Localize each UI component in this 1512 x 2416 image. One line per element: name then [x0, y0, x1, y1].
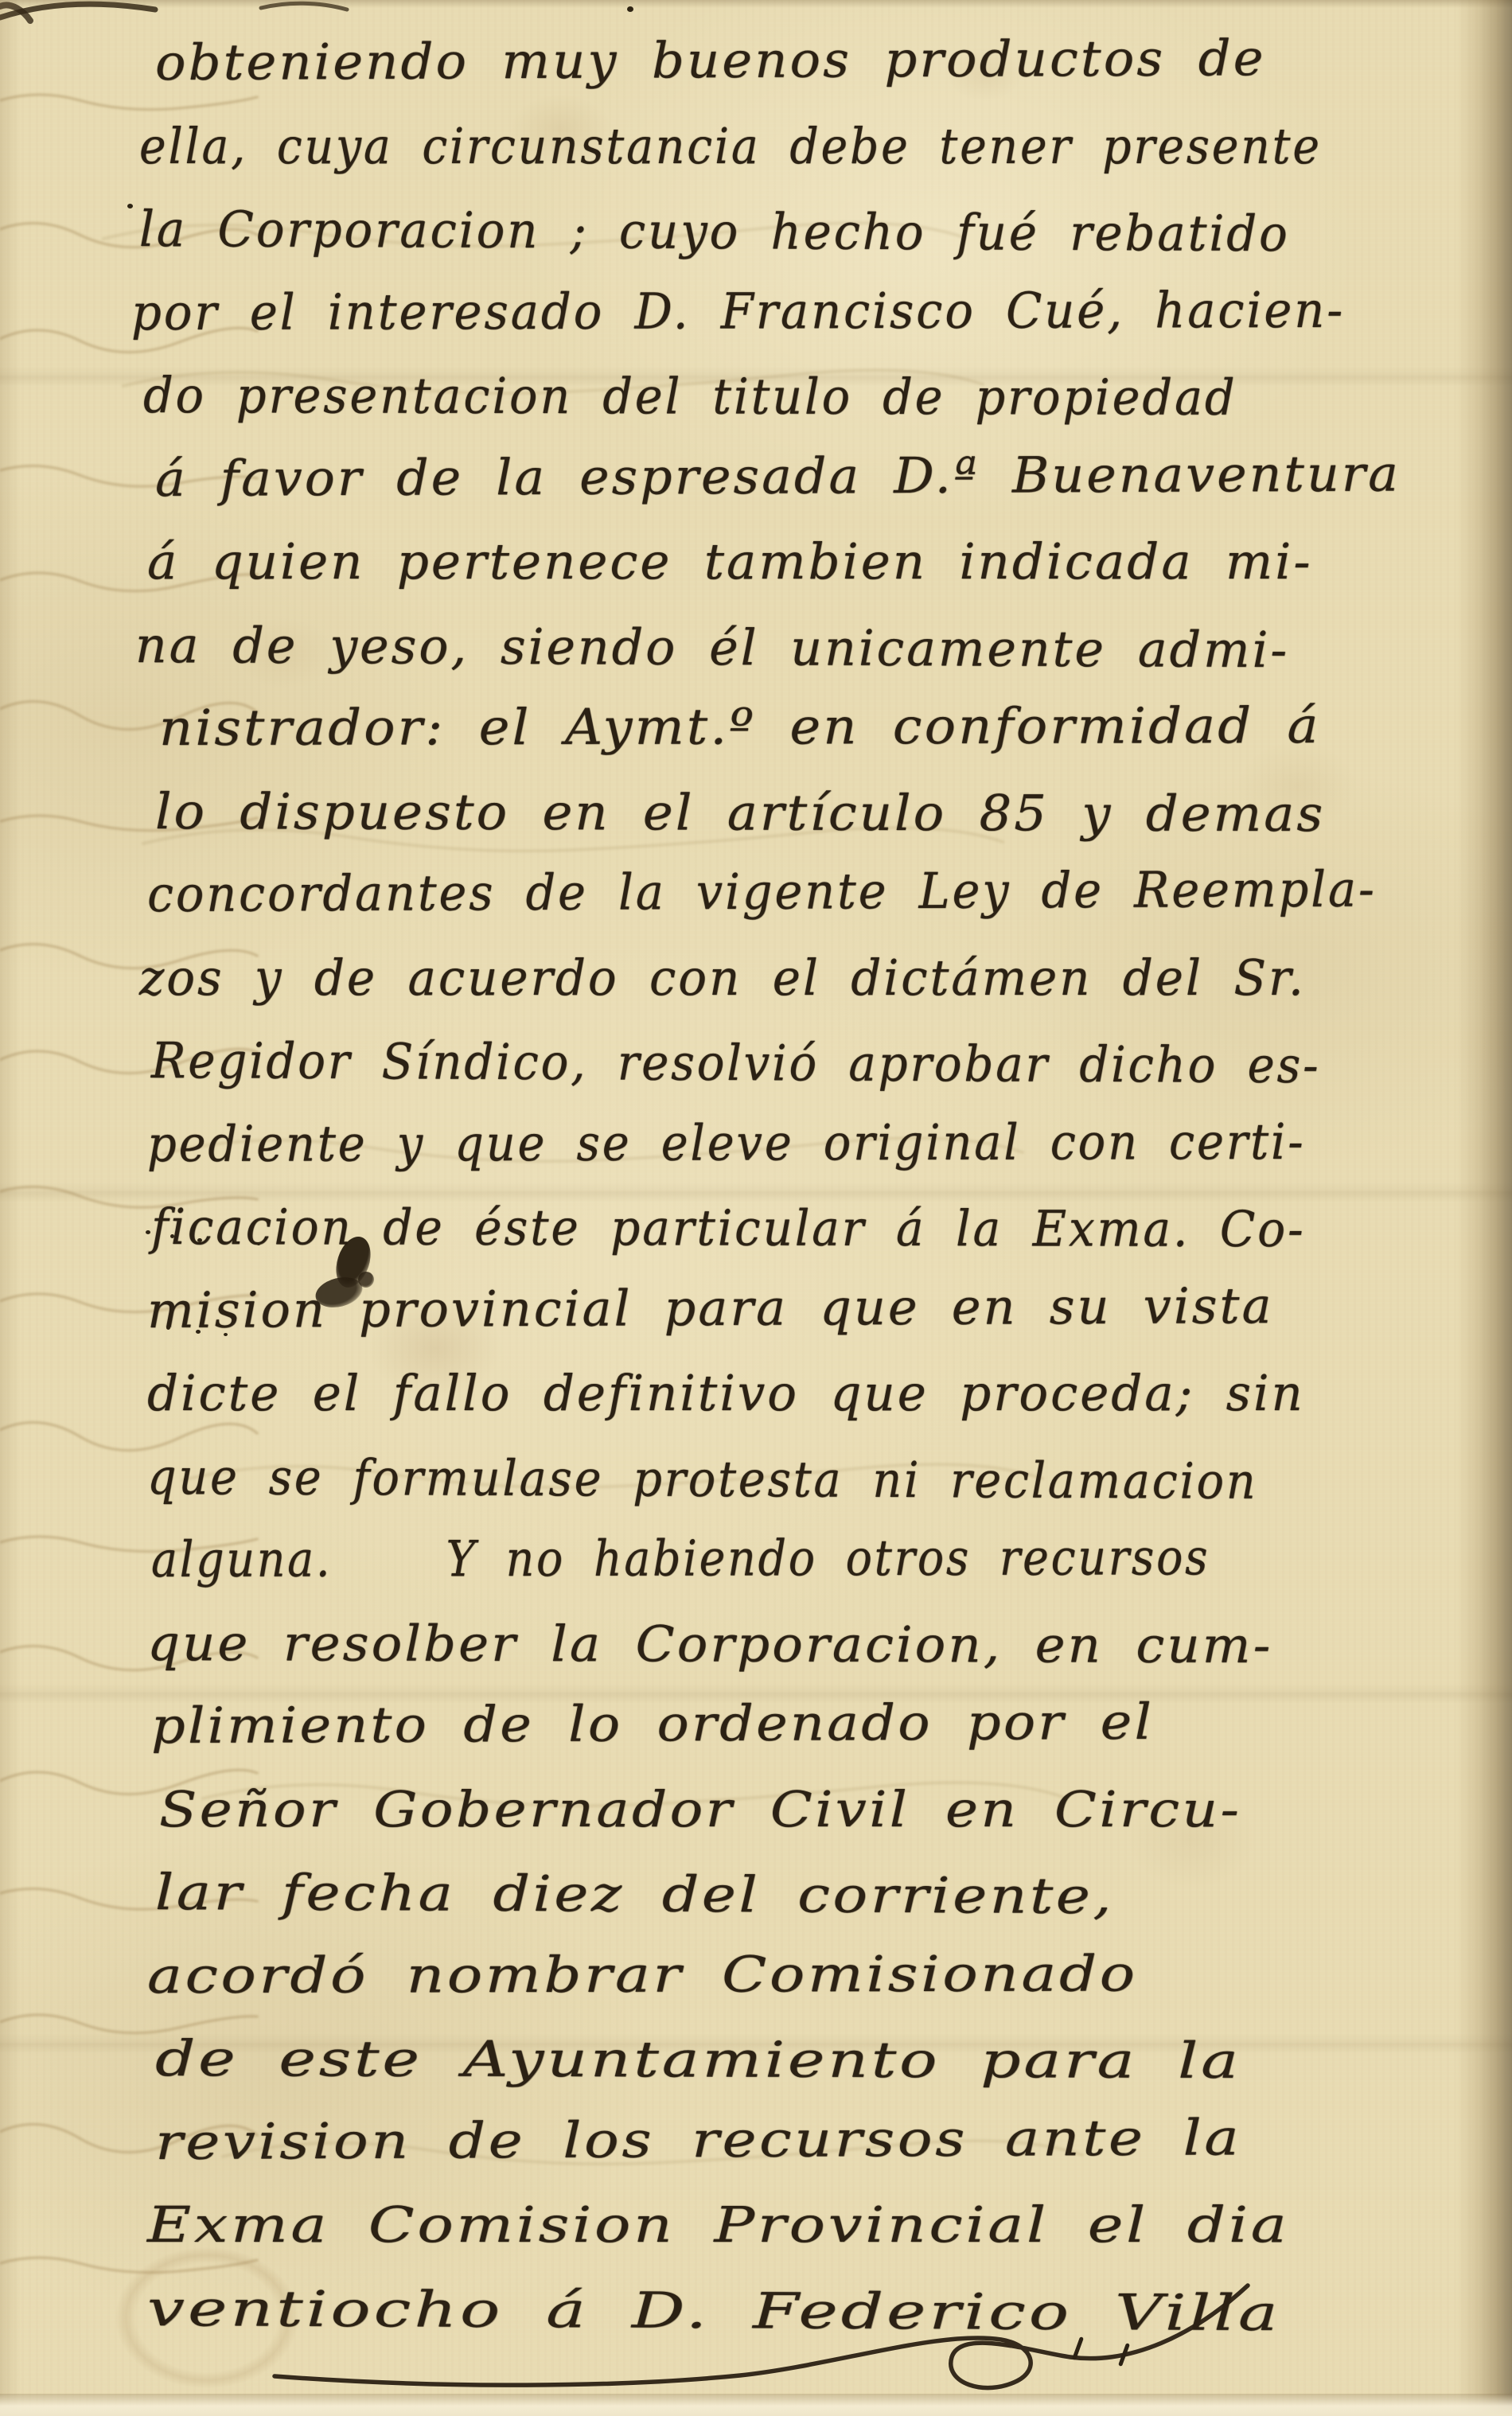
manuscript-line: ventiocho á D. Federico Villa — [147, 2282, 1281, 2339]
manuscript-line: do presentacion del titulo de propiedad — [143, 369, 1237, 423]
manuscript-line: acordó nombrar Comisionado — [147, 1947, 1138, 2001]
manuscript-line: ella, cuya circunstancia debe tener pres… — [139, 120, 1322, 172]
manuscript-line: nistrador: el Aymt.º en conformidad á — [159, 699, 1321, 754]
manuscript-line: pediente y que se eleve original con cer… — [147, 1115, 1306, 1169]
ink-speck — [257, 1242, 260, 1245]
manuscript-page: obteniendo muy buenos productos deella, … — [0, 0, 1512, 2416]
text-block: obteniendo muy buenos productos deella, … — [0, 0, 1512, 2416]
manuscript-line: obteniendo muy buenos productos de — [155, 32, 1266, 88]
manuscript-line: que resolber la Corporacion, en cum- — [147, 1617, 1273, 1671]
manuscript-line: concordantes de la vigente Ley de Reempl… — [147, 863, 1377, 921]
ink-speck — [224, 1333, 228, 1336]
manuscript-line: Exma Comision Provincial el dia — [147, 2199, 1289, 2250]
ink-speck — [166, 1326, 170, 1330]
manuscript-line: na de yeso, siendo él unicamente admi- — [135, 619, 1290, 676]
manuscript-line: ficacion de éste particular á la Exma. C… — [151, 1201, 1306, 1255]
manuscript-line: lar fecha diez del corriente, — [155, 1866, 1114, 1922]
page-left-edge-shadow — [0, 0, 21, 2416]
manuscript-line: á quien pertenece tambien indicada mi- — [147, 536, 1313, 587]
manuscript-line: lo dispuesto en el artículo 85 y demas — [155, 785, 1325, 840]
ink-blot — [358, 1272, 374, 1288]
manuscript-line: que se formulase protesta ni reclamacion — [147, 1451, 1258, 1507]
manuscript-line: revision de los recursos ante la — [155, 2111, 1241, 2168]
manuscript-line: alguna. Y no habiendo otros recursos — [151, 1531, 1210, 1585]
manuscript-line: Señor Gobernador Civil en Circu- — [159, 1783, 1241, 1835]
page-top-edge-shadow — [0, 0, 1512, 8]
manuscript-line: zos y de acuerdo con el dictámen del Sr. — [139, 952, 1306, 1003]
ink-speck — [197, 1238, 202, 1242]
ink-speck — [170, 1234, 174, 1238]
ink-speck — [196, 1330, 201, 1334]
manuscript-line: plimiento de lo ordenado por el — [151, 1696, 1154, 1752]
ink-speck — [127, 204, 133, 208]
page-bottom-edge — [0, 2394, 1512, 2416]
ink-speck — [146, 1230, 150, 1234]
manuscript-line: de este Ayuntamiento para la — [155, 2032, 1241, 2087]
page-gutter-shadow — [1456, 0, 1512, 2416]
manuscript-line: dicte el fallo definitivo que proceda; s… — [147, 1367, 1305, 1419]
manuscript-line: la Corporacion ; cuyo hecho fué rebatido — [139, 203, 1290, 259]
ink-speck — [233, 1241, 237, 1244]
manuscript-line: mision provincial para que en su vista — [147, 1280, 1274, 1336]
manuscript-line: á favor de la espresada D.ª Buenaventura — [155, 447, 1401, 505]
manuscript-line: Regidor Síndico, resolvió aprobar dicho … — [151, 1035, 1321, 1091]
manuscript-line: por el interesado D. Francisco Cué, haci… — [131, 283, 1345, 337]
